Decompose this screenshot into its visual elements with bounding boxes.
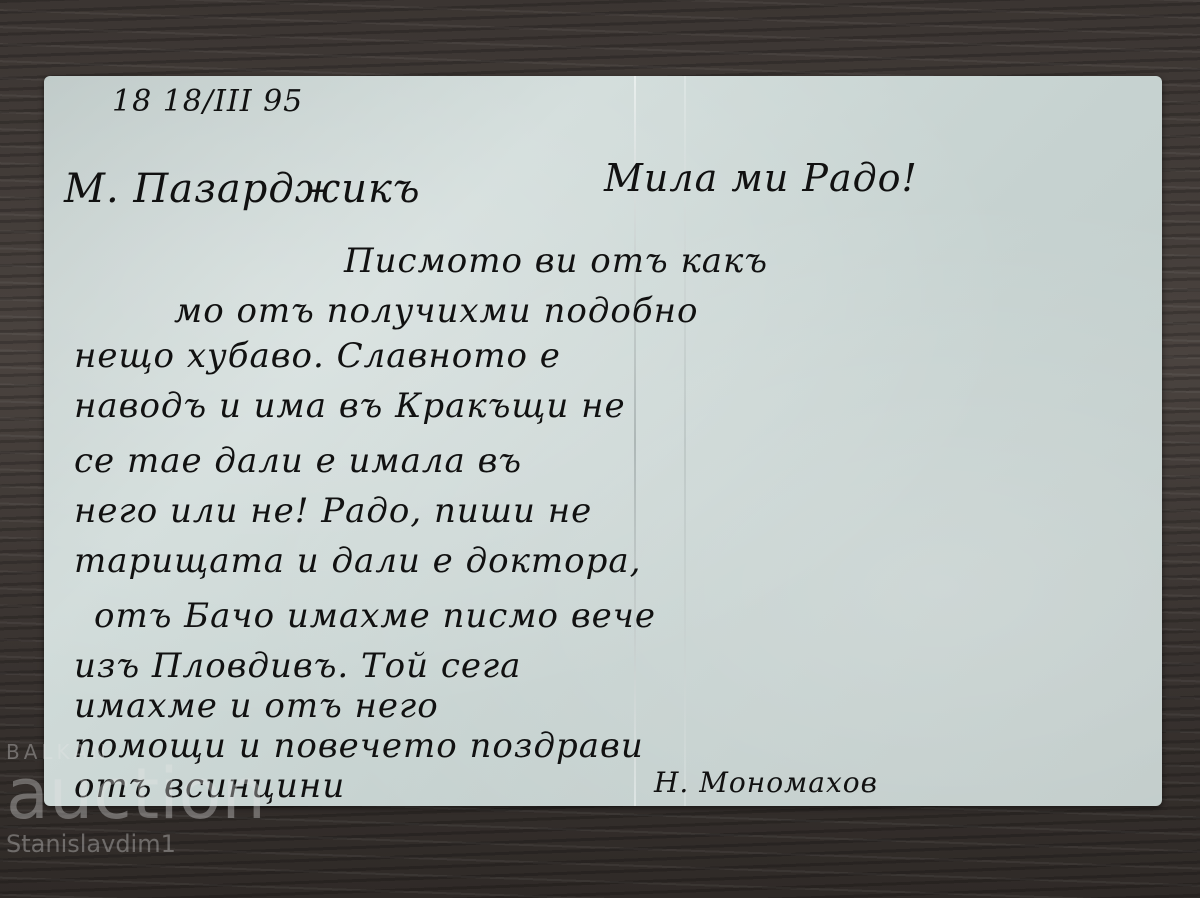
signature: Н. Мономахов — [654, 766, 878, 799]
watermark-username: Stanislavdim1 — [6, 830, 266, 858]
letter-line: се тае дали е имала въ — [74, 441, 522, 481]
letter-line: него или не! Радо, пиши не — [74, 491, 592, 531]
letter-line: нещо хубаво. Славното е — [74, 336, 561, 376]
postcard: 18 18/III 95 M. Пазарджикъ Мила ми Радо!… — [44, 76, 1162, 806]
letter-line: тарищата и дали е доктора, — [74, 541, 641, 581]
letter-line: отъ всинцини — [74, 766, 345, 806]
address-left: M. Пазарджикъ — [64, 166, 421, 212]
handwritten-date: 18 18/III 95 — [112, 84, 303, 119]
letter-line: имахме и отъ него — [74, 686, 439, 726]
letter-line: Писмото ви отъ какъ — [344, 241, 768, 281]
greeting: Мила ми Радо! — [604, 156, 918, 200]
letter-line: отъ Бачо имахме писмо вече — [94, 596, 656, 636]
letter-line: наводъ и има въ Кракъщи не — [74, 386, 626, 426]
letter-line: изъ Пловдивъ. Той сега — [74, 646, 521, 686]
letter-line: помощи и повечето поздрави — [74, 726, 644, 766]
letter-line: мо отъ получихми подобно — [174, 291, 699, 331]
